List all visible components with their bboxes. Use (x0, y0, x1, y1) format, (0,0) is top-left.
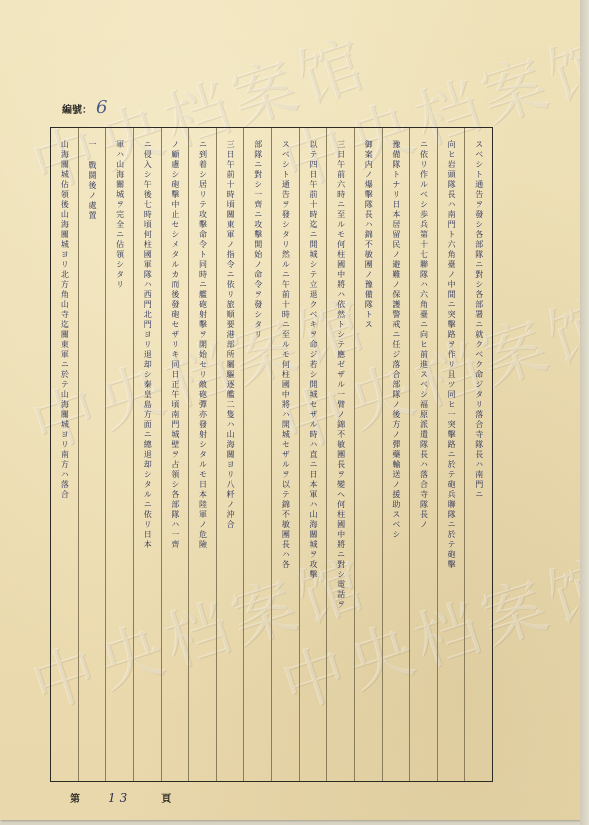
text-column: スベシト通告ヲ發シ各部隊ニ對シ各部署ニ就クベク命ジタリ落合寺隊長ハ南門ニ (464, 128, 492, 781)
manuscript-grid: スベシト通告ヲ發シ各部隊ニ對シ各部署ニ就クベク命ジタリ落合寺隊長ハ南門ニ 向ヒ岩… (50, 127, 493, 782)
serial-number: 編號： 6 (62, 97, 107, 118)
column-text: 三日午前十時頃關東軍ノ指令ニ依リ旅順要港部所屬驅逐艦二隻ハ山海關ヨリ八粁ノ沖合 (226, 140, 234, 781)
text-column: スベシト通告ヲ發シタリ然ルニ午前十時ニ至ルモ何柱國中將ハ開城セザルヲ以テ錦不敏團… (271, 128, 299, 781)
scan-edge (580, 0, 589, 825)
column-text: 御案内ノ爆擊隊長ハ錦不敏團ノ豫備隊トス (364, 140, 372, 781)
page-prefix: 第 (70, 790, 80, 805)
text-column: ニ依リ作ルベシ歩兵第十七聯隊ハ六角臺ニ向ヒ前進スベシ福原派遣隊長ハ落合寺隊長ノ (409, 128, 437, 781)
text-column: ニ到着シ居リテ攻擊命令ト同時ニ艦砲射擊ヲ開始セリ敵砲彈亦發射シタルモ日本陸軍ノ危… (188, 128, 216, 781)
column-text: 山海關城佔領後山海關城ヨリ北方角山寺迄關東軍ニ於テ山海關城ヨリ南方ハ落合 (60, 140, 68, 781)
column-text: 三日午前六時ニ至ルモ何柱國中將ハ依然トシテ應ゼザル一臂ノ錦不敏團長ヲ變ヘ何柱國中… (337, 140, 345, 781)
archive-document-page: 中央档案馆 中央档案馆 中央档案馆 中央档案馆 中央档案馆 中央档案馆 編號： … (0, 0, 580, 820)
page-suffix: 頁 (161, 790, 171, 805)
serial-label: 編號： (62, 101, 92, 116)
text-column: 三日午前六時ニ至ルモ何柱國中將ハ依然トシテ應ゼザル一臂ノ錦不敏團長ヲ變ヘ何柱國中… (326, 128, 354, 781)
column-text: ニ到着シ居リテ攻擊命令ト同時ニ艦砲射擊ヲ開始セリ敵砲彈亦發射シタルモ日本陸軍ノ危… (198, 140, 206, 781)
text-column: 御案内ノ爆擊隊長ハ錦不敏團ノ豫備隊トス (354, 128, 382, 781)
column-text: 向ヒ岩頭隊長ハ南門ト六角臺ノ中間ニ突擊路ヲ作リ且ツ同ヒ一突擊路ニ於テ砲兵聯隊ニ於… (447, 140, 455, 781)
column-text: 部隊ニ對シ一齊ニ攻擊開始ノ命令ヲ發シタリ (254, 140, 262, 781)
text-column: 以テ四日午前十時迄ニ開城シテ立退クベキヲ命ジ若シ開城セザル時ハ直ニ日本軍ハ山海關… (299, 128, 327, 781)
text-column: ノ顧慮シ砲擊中止セシメタルカ而後發砲セザリキ同日正午頃南門城壁ヲ占領シ各部隊ハ一… (161, 128, 189, 781)
page-number-footer: 第 13 頁 (70, 790, 171, 805)
text-column: 軍ハ山海關城ヲ完全ニ佔領シタリ (105, 128, 133, 781)
section-heading: 一 戰鬪後ノ處置 (88, 140, 96, 781)
column-text: 以テ四日午前十時迄ニ開城シテ立退クベキヲ命ジ若シ開城セザル時ハ直ニ日本軍ハ山海關… (309, 140, 317, 781)
column-text: スベシト通告ヲ發シ各部隊ニ對シ各部署ニ就クベク命ジタリ落合寺隊長ハ南門ニ (475, 140, 483, 781)
column-text: ニ依リ作ルベシ歩兵第十七聯隊ハ六角臺ニ向ヒ前進スベシ福原派遣隊長ハ落合寺隊長ノ (419, 140, 427, 781)
page-number: 13 (108, 791, 131, 805)
text-column: 部隊ニ對シ一齊ニ攻擊開始ノ命令ヲ發シタリ (243, 128, 271, 781)
text-column: 三日午前十時頃關東軍ノ指令ニ依リ旅順要港部所屬驅逐艦二隻ハ山海關ヨリ八粁ノ沖合 (216, 128, 244, 781)
column-text: 軍ハ山海關城ヲ完全ニ佔領シタリ (116, 140, 124, 781)
text-column: ニ侵入シ午後七時頃何柱國軍隊ハ西門北門ヨリ退却シ秦皇島方面ニ總退却シタルニ依リ日… (133, 128, 161, 781)
text-column: 山海關城佔領後山海關城ヨリ北方角山寺迄關東軍ニ於テ山海關城ヨリ南方ハ落合 (51, 128, 78, 781)
column-text: スベシト通告ヲ發シタリ然ルニ午前十時ニ至ルモ何柱國中將ハ開城セザルヲ以テ錦不敏團… (281, 140, 289, 781)
serial-value: 6 (96, 97, 107, 118)
column-text: 豫備隊トナリ日本居留民ノ避難ノ保護警戒ニ任ジ落合部隊ノ後方ノ彈藥輸送ノ援助スベシ (392, 140, 400, 781)
column-text: ニ侵入シ午後七時頃何柱國軍隊ハ西門北門ヨリ退却シ秦皇島方面ニ總退却シタルニ依リ日… (143, 140, 151, 781)
column-text: ノ顧慮シ砲擊中止セシメタルカ而後發砲セザリキ同日正午頃南門城壁ヲ占領シ各部隊ハ一… (171, 140, 179, 781)
text-column: 向ヒ岩頭隊長ハ南門ト六角臺ノ中間ニ突擊路ヲ作リ且ツ同ヒ一突擊路ニ於テ砲兵聯隊ニ於… (437, 128, 465, 781)
text-column: 豫備隊トナリ日本居留民ノ避難ノ保護警戒ニ任ジ落合部隊ノ後方ノ彈藥輸送ノ援助スベシ (382, 128, 410, 781)
text-column: 一 戰鬪後ノ處置 (78, 128, 106, 781)
